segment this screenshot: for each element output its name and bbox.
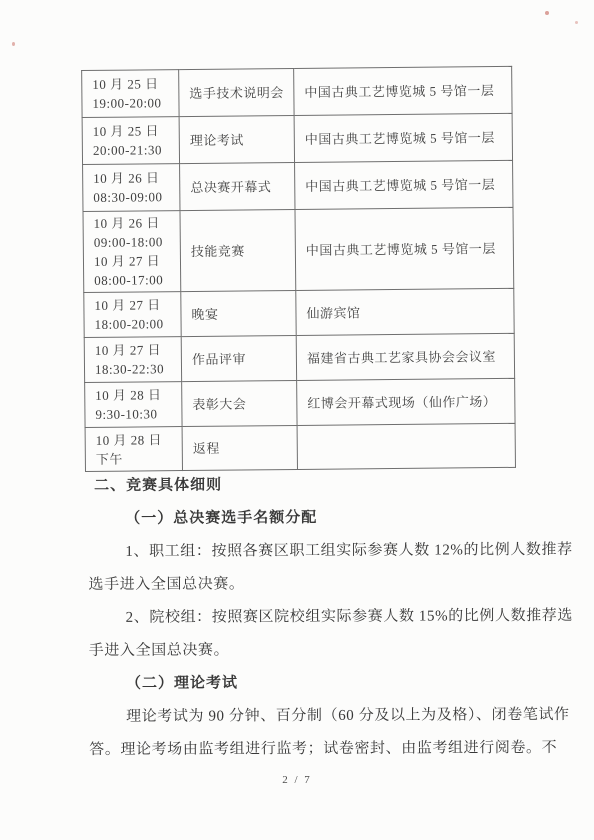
schedule-table-wrap: 10 月 25 日 19:00-20:00 选手技术说明会 中国古典工艺博览城 … (81, 66, 515, 472)
location-cell: 中国古典工艺博览城 5 号馆一层 (295, 160, 513, 209)
event-cell: 晚宴 (181, 290, 296, 336)
time-line: 10 月 28 日 (96, 430, 176, 450)
event-cell: 表彰大会 (182, 380, 297, 426)
table-row: 10 月 25 日 19:00-20:00 选手技术说明会 中国古典工艺博览城 … (82, 66, 512, 117)
location-cell (297, 423, 515, 469)
time-cell: 10 月 28 日 下午 (85, 427, 182, 472)
scan-speck (545, 11, 549, 15)
body-text: 二、竞赛具体细则 （一）总决赛选手名额分配 1、职工组：按照各赛区职工组实际参赛… (88, 468, 513, 767)
time-line: 09:00-18:00 (94, 232, 174, 252)
event-cell: 返程 (182, 425, 297, 470)
schedule-table: 10 月 25 日 19:00-20:00 选手技术说明会 中国古典工艺博览城 … (81, 66, 516, 472)
time-line: 10 月 25 日 (92, 74, 172, 94)
location-cell: 中国古典工艺博览城 5 号馆一层 (294, 66, 512, 115)
time-cell: 10 月 26 日 09:00-18:00 10 月 27 日 08:00-17… (83, 211, 181, 293)
time-line: 10 月 27 日 (94, 295, 174, 315)
event-cell: 技能竞赛 (180, 209, 296, 291)
paragraph-line: 理论考试为 90 分钟、百分制（60 分及以上为及格）、闭卷笔试作 (89, 699, 513, 734)
subsection-title: （二）理论考试 (89, 666, 513, 701)
paragraph-line: 1、职工组：按照各赛区职工组实际参赛人数 12%的比例人数推荐 (88, 534, 512, 569)
time-line: 10 月 28 日 (95, 385, 175, 405)
scan-speck (12, 42, 15, 46)
table-row: 10 月 28 日 9:30-10:30 表彰大会 红博会开幕式现场（仙作广场） (85, 378, 515, 427)
table-row: 10 月 28 日 下午 返程 (85, 423, 515, 471)
location-cell: 仙游宾馆 (296, 288, 514, 335)
table-row: 10 月 27 日 18:30-22:30 作品评审 福建省古典工艺家具协会会议… (84, 333, 514, 382)
table-row: 10 月 26 日 09:00-18:00 10 月 27 日 08:00-17… (83, 207, 514, 292)
time-cell: 10 月 26 日 08:30-09:00 (83, 164, 180, 212)
location-cell: 福建省古典工艺家具协会会议室 (296, 333, 514, 380)
time-line: 9:30-10:30 (95, 404, 175, 424)
time-line: 18:30-22:30 (95, 359, 175, 379)
scan-speck (575, 21, 578, 24)
time-line: 10 月 26 日 (94, 213, 174, 233)
time-line: 10 月 26 日 (93, 168, 173, 188)
time-cell: 10 月 25 日 20:00-21:30 (82, 117, 179, 165)
time-line: 18:00-20:00 (94, 314, 174, 334)
time-cell: 10 月 27 日 18:00-20:00 (84, 292, 181, 338)
time-line: 下午 (96, 449, 176, 469)
subsection-title: （一）总决赛选手名额分配 (88, 501, 512, 536)
time-line: 20:00-21:30 (93, 140, 173, 160)
time-line: 19:00-20:00 (92, 93, 172, 113)
table-row: 10 月 26 日 08:30-09:00 总决赛开幕式 中国古典工艺博览城 5… (83, 160, 513, 211)
time-line: 10 月 27 日 (94, 251, 174, 271)
document-page: 10 月 25 日 19:00-20:00 选手技术说明会 中国古典工艺博览城 … (0, 0, 594, 840)
time-cell: 10 月 27 日 18:30-22:30 (84, 337, 181, 383)
paragraph-line: 选手进入全国总决赛。 (88, 567, 512, 602)
time-line: 08:30-09:00 (93, 187, 173, 207)
paragraph-line: 答。理论考场由监考组进行监考；试卷密封、由监考组进行阅卷。不 (89, 732, 513, 767)
event-cell: 作品评审 (181, 335, 296, 381)
page-number: 2 / 7 (0, 774, 594, 786)
location-cell: 中国古典工艺博览城 5 号馆一层 (295, 207, 514, 290)
location-cell: 红博会开幕式现场（仙作广场） (297, 378, 515, 425)
time-cell: 10 月 25 日 19:00-20:00 (82, 70, 179, 118)
event-cell: 理论考试 (179, 115, 294, 163)
section-heading: 二、竞赛具体细则 (88, 468, 512, 503)
location-cell: 中国古典工艺博览城 5 号馆一层 (294, 113, 512, 162)
event-cell: 总决赛开幕式 (180, 162, 295, 210)
paragraph-line: 2、院校组：按照赛区院校组实际参赛人数 15%的比例人数推荐选 (89, 600, 513, 635)
table-row: 10 月 27 日 18:00-20:00 晚宴 仙游宾馆 (84, 288, 514, 337)
time-line: 10 月 25 日 (93, 121, 173, 141)
event-cell: 选手技术说明会 (179, 68, 294, 116)
time-line: 08:00-17:00 (94, 270, 174, 290)
time-line: 10 月 27 日 (95, 340, 175, 360)
time-cell: 10 月 28 日 9:30-10:30 (85, 382, 182, 428)
table-row: 10 月 25 日 20:00-21:30 理论考试 中国古典工艺博览城 5 号… (82, 113, 512, 164)
paragraph-line: 手进入全国总决赛。 (89, 633, 513, 668)
